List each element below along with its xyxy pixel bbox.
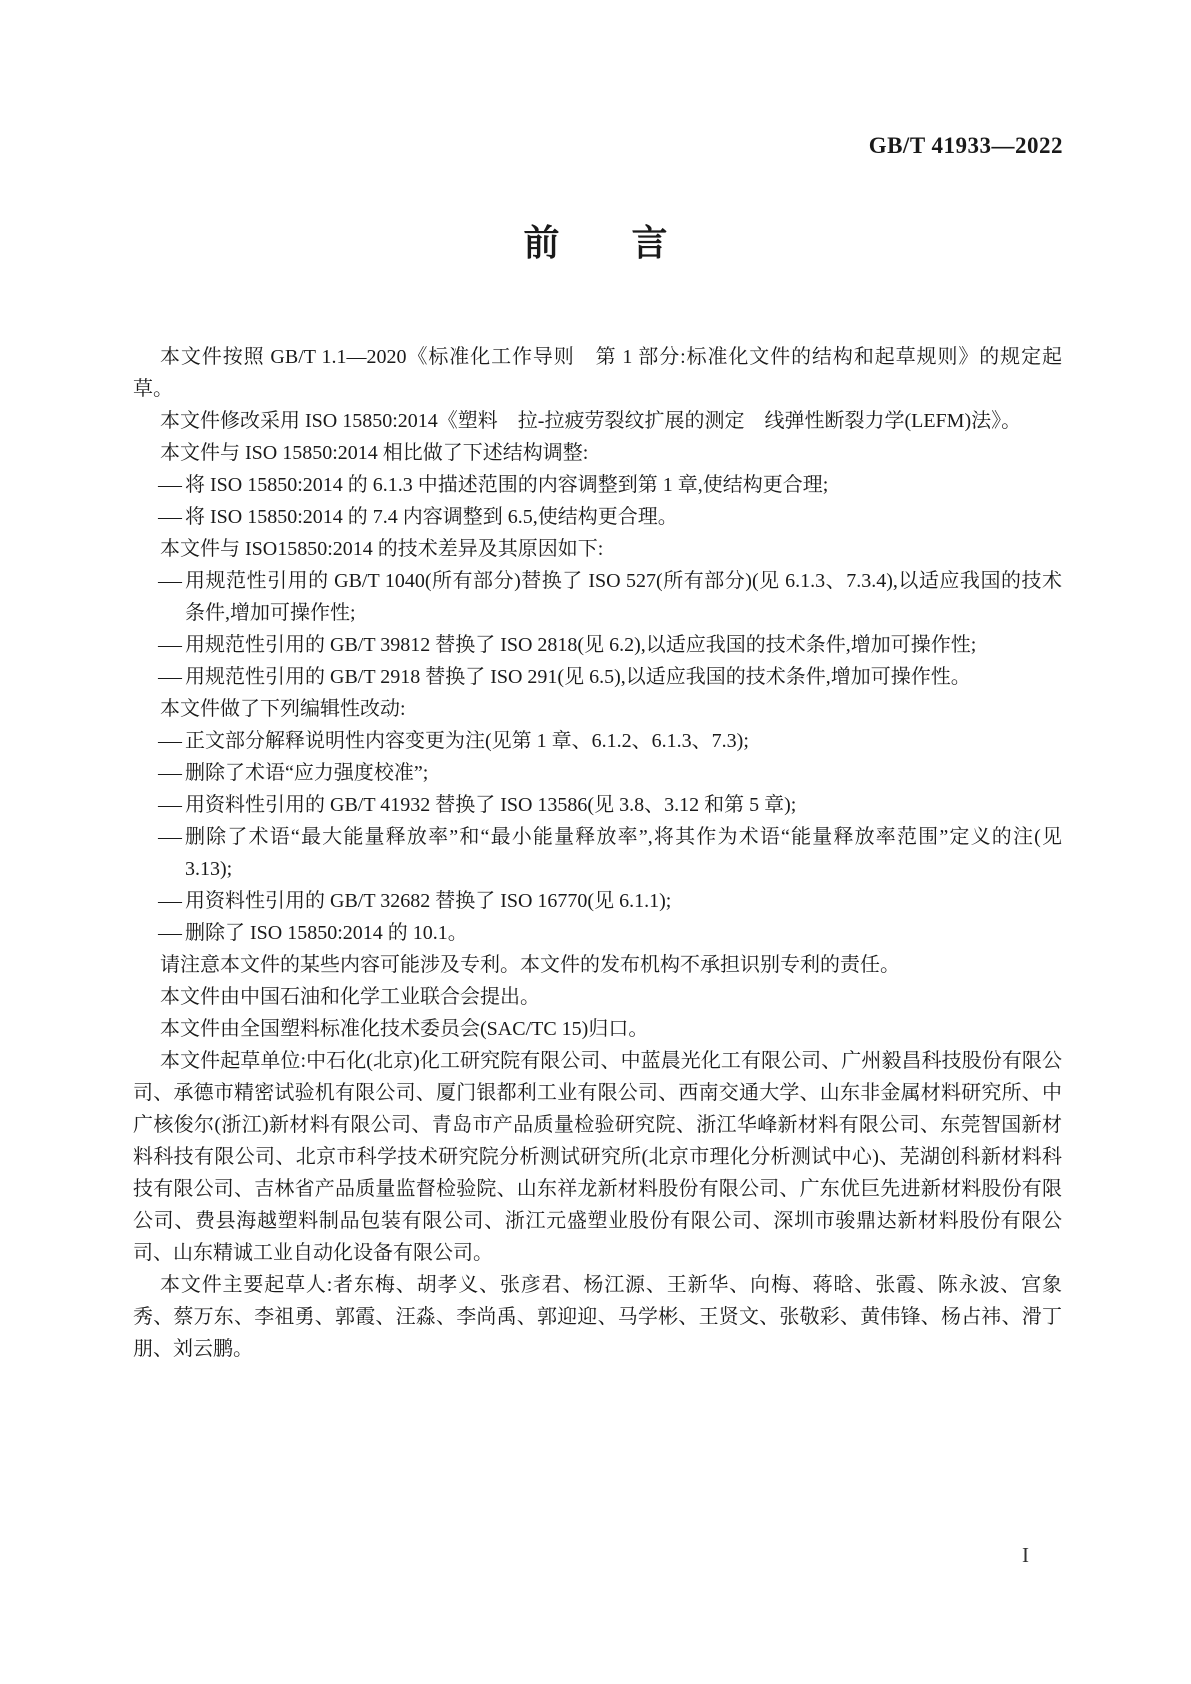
list-item-text: 用资料性引用的 GB/T 41932 替换了 ISO 13586(见 3.8、3… xyxy=(185,789,1062,821)
dash-marker: —— xyxy=(158,629,185,661)
paragraph: 本文件由全国塑料标准化技术委员会(SAC/TC 15)归口。 xyxy=(133,1013,1062,1045)
list-item-dash: —— 删除了 ISO 15850:2014 的 10.1。 xyxy=(133,917,1062,949)
list-item-dash: —— 将 ISO 15850:2014 的 7.4 内容调整到 6.5,使结构更… xyxy=(133,501,1062,533)
list-item-text: 删除了术语“最大能量释放率”和“最小能量释放率”,将其作为术语“能量释放率范围”… xyxy=(185,821,1062,885)
list-item-dash: —— 用资料性引用的 GB/T 32682 替换了 ISO 16770(见 6.… xyxy=(133,885,1062,917)
dash-marker: —— xyxy=(158,885,185,917)
dash-marker: —— xyxy=(158,661,185,693)
dash-marker: —— xyxy=(158,565,185,597)
list-item-dash: —— 正文部分解释说明性内容变更为注(见第 1 章、6.1.2、6.1.3、7.… xyxy=(133,725,1062,757)
paragraph: 本文件与 ISO15850:2014 的技术差异及其原因如下: xyxy=(133,533,1062,565)
standard-number: GB/T 41933—2022 xyxy=(0,133,1063,159)
page-title: 前 言 xyxy=(0,224,1191,264)
list-item-text: 用规范性引用的 GB/T 2918 替换了 ISO 291(见 6.5),以适应… xyxy=(185,661,1062,693)
paragraph: 本文件做了下列编辑性改动: xyxy=(133,693,1062,725)
list-item-text: 将 ISO 15850:2014 的 6.1.3 中描述范围的内容调整到第 1 … xyxy=(185,469,1062,501)
list-item-text: 正文部分解释说明性内容变更为注(见第 1 章、6.1.2、6.1.3、7.3); xyxy=(185,725,1062,757)
list-item-dash: —— 用规范性引用的 GB/T 1040(所有部分)替换了 ISO 527(所有… xyxy=(133,565,1062,629)
dash-marker: —— xyxy=(158,725,185,757)
foreword-body: 本文件按照 GB/T 1.1—2020《标准化工作导则 第 1 部分:标准化文件… xyxy=(133,341,1062,1365)
list-item-text: 将 ISO 15850:2014 的 7.4 内容调整到 6.5,使结构更合理。 xyxy=(185,501,1062,533)
list-item-text: 删除了术语“应力强度校准”; xyxy=(185,757,1062,789)
list-item-text: 用规范性引用的 GB/T 39812 替换了 ISO 2818(见 6.2),以… xyxy=(185,629,1062,661)
dash-marker: —— xyxy=(158,757,185,789)
paragraph-drafters: 本文件主要起草人:者东梅、胡孝义、张彦君、杨江源、王新华、向梅、蒋晗、张霞、陈永… xyxy=(133,1269,1062,1365)
list-item-dash: —— 删除了术语“应力强度校准”; xyxy=(133,757,1062,789)
dash-marker: —— xyxy=(158,821,185,853)
list-item-text: 用规范性引用的 GB/T 1040(所有部分)替换了 ISO 527(所有部分)… xyxy=(185,565,1062,629)
list-item-dash: —— 用资料性引用的 GB/T 41932 替换了 ISO 13586(见 3.… xyxy=(133,789,1062,821)
page-number: I xyxy=(1022,1543,1029,1568)
dash-marker: —— xyxy=(158,469,185,501)
dash-marker: —— xyxy=(158,917,185,949)
paragraph: 本文件与 ISO 15850:2014 相比做了下述结构调整: xyxy=(133,437,1062,469)
document-page: GB/T 41933—2022 前 言 本文件按照 GB/T 1.1—2020《… xyxy=(0,0,1191,1684)
list-item-text: 删除了 ISO 15850:2014 的 10.1。 xyxy=(185,917,1062,949)
dash-marker: —— xyxy=(158,789,185,821)
list-item-dash: —— 删除了术语“最大能量释放率”和“最小能量释放率”,将其作为术语“能量释放率… xyxy=(133,821,1062,885)
paragraph-drafting-organizations: 本文件起草单位:中石化(北京)化工研究院有限公司、中蓝晨光化工有限公司、广州毅昌… xyxy=(133,1045,1062,1269)
list-item-text: 用资料性引用的 GB/T 32682 替换了 ISO 16770(见 6.1.1… xyxy=(185,885,1062,917)
list-item-dash: —— 将 ISO 15850:2014 的 6.1.3 中描述范围的内容调整到第… xyxy=(133,469,1062,501)
paragraph: 本文件按照 GB/T 1.1—2020《标准化工作导则 第 1 部分:标准化文件… xyxy=(133,341,1062,405)
paragraph: 本文件修改采用 ISO 15850:2014《塑料 拉-拉疲劳裂纹扩展的测定 线… xyxy=(133,405,1062,437)
list-item-dash: —— 用规范性引用的 GB/T 39812 替换了 ISO 2818(见 6.2… xyxy=(133,629,1062,661)
list-item-dash: —— 用规范性引用的 GB/T 2918 替换了 ISO 291(见 6.5),… xyxy=(133,661,1062,693)
paragraph: 请注意本文件的某些内容可能涉及专利。本文件的发布机构不承担识别专利的责任。 xyxy=(133,949,1062,981)
paragraph: 本文件由中国石油和化学工业联合会提出。 xyxy=(133,981,1062,1013)
dash-marker: —— xyxy=(158,501,185,533)
